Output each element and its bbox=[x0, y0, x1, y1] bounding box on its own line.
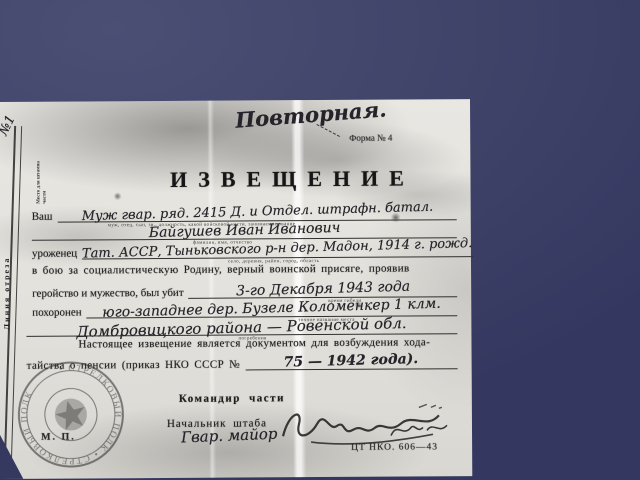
secondary-signature-scrawl bbox=[387, 417, 451, 443]
born-label: уроженец bbox=[32, 247, 82, 259]
chief-rank-entry: Гвар. майор bbox=[181, 425, 278, 447]
killed-label: геройство и мужество, был убит bbox=[32, 287, 189, 300]
form-number-label: Форма № 4 bbox=[349, 133, 392, 143]
order-number-blank: 75 — 1942 года). bbox=[245, 353, 458, 370]
form-line-born: уроженец Тат. АССР, Тыньковского р-н дер… bbox=[32, 241, 457, 260]
name-entry: Байгушев Иван Иванович bbox=[148, 220, 340, 241]
form-line-relative: Ваш Муж гвар. ряд. 2415 Д. и Отдел. штра… bbox=[32, 204, 457, 223]
presentation-slide: №1 Линия отреза Место для штампа части П… bbox=[0, 0, 640, 480]
killed-entry: 3-го Декабря 1943 года bbox=[236, 279, 410, 300]
cut-line-label: Линия отреза bbox=[2, 220, 12, 330]
born-blank: Тат. АССР, Тыньковского р-н дер. Мадон, … bbox=[82, 241, 473, 259]
district-blank: Домбровицкого района — Ровенской обл. bbox=[26, 318, 457, 337]
battle-text: в бою за социалистическую Родину, верный… bbox=[32, 262, 410, 276]
death-notice-document-photo: №1 Линия отреза Место для штампа части П… bbox=[0, 99, 472, 479]
buried-label: похоронен bbox=[32, 306, 86, 318]
document-title: ИЗВЕЩЕНИЕ bbox=[122, 165, 462, 193]
order-number-entry: 75 — 1942 года). bbox=[284, 351, 419, 371]
relative-label: Ваш bbox=[32, 211, 58, 223]
stamp-area-label: Место для штампа части bbox=[36, 158, 48, 204]
photo-corner-cut bbox=[0, 433, 23, 479]
dashed-stroke bbox=[316, 124, 339, 137]
form-line-district: Домбровицкого района — Ровенской обл. bbox=[26, 318, 457, 337]
commander-label: Командир части bbox=[179, 392, 285, 405]
repeat-note-handwritten: Повторная. bbox=[234, 96, 387, 132]
notice-text-1: Настоящее извещение является документом … bbox=[78, 336, 430, 350]
relative-entry: Муж гвар. ряд. 2415 Д. и Отдел. штрафн. … bbox=[81, 200, 433, 225]
print-code-footer: ЦТ НКО. 606—43 bbox=[351, 442, 438, 453]
stamp-star-icon bbox=[51, 395, 90, 434]
relative-blank: Муж гвар. ряд. 2415 Д. и Отдел. штрафн. … bbox=[57, 204, 456, 222]
